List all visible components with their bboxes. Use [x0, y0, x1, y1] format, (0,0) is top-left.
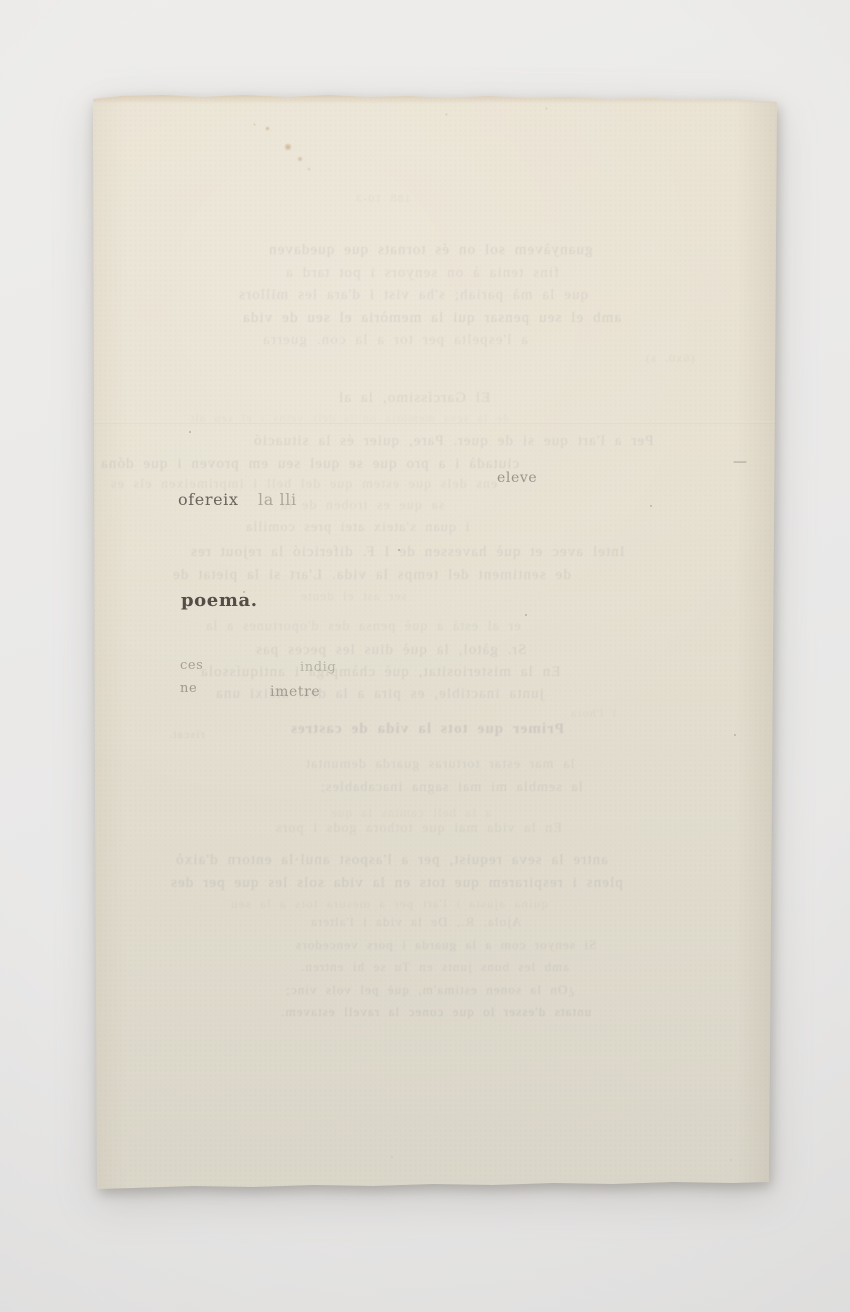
book-page: 188 10-3guanyàvem sol on és tornats que …	[93, 93, 777, 1190]
foxing-spot	[445, 113, 448, 116]
ink-speck	[650, 505, 652, 507]
bleedthrough-line: Ajola. R., De la vida i l'altera	[310, 914, 521, 930]
foxing-spot	[545, 107, 548, 110]
ink-speck	[734, 734, 736, 736]
bleedthrough-line: Sr. gàtol, la què dius les peces pas	[255, 642, 526, 659]
bleedthrough-line: de la seva memòria on la dels veïns i el…	[190, 411, 509, 426]
printed-word: —	[733, 454, 748, 470]
bleedthrough-line: En la vida mai que tothora gods i pors	[275, 821, 562, 837]
printed-word: la lli	[258, 490, 297, 509]
printed-word: imetre	[270, 684, 320, 700]
bleedthrough-line: la sembla mi mai sagna inacabables;	[320, 780, 583, 796]
bleedthrough-line: Primer que tots la vida de castres	[290, 721, 564, 738]
foxing-spot	[307, 167, 311, 171]
bleedthrough-line: ser ast el deute	[300, 588, 406, 604]
bleedthrough-line: sa que es troben de la	[280, 498, 444, 514]
bleedthrough-line: fins tenia à on senyors i pot tard a	[285, 265, 559, 282]
foxing-spot	[265, 126, 270, 131]
bleedthrough-line: i quan s'ateix atei pres comilla	[245, 520, 470, 536]
bleedthrough-line: a l'espelta per tor a la con. guerra	[262, 332, 528, 349]
bleedthrough-line: antre la seva requist, per a l'aspost an…	[175, 852, 608, 869]
bleedthrough-line: riscat.	[168, 727, 205, 742]
ink-speck	[525, 614, 527, 616]
printed-word: ces	[180, 658, 203, 673]
bleedthrough-line: El Garcíssimo, la al	[338, 390, 490, 407]
bleedthrough-line: i l'hora	[570, 706, 616, 721]
page-top-toning	[93, 93, 777, 104]
ink-speck	[793, 173, 795, 175]
bleedthrough-line: que la mà pariah; s'ha vist i d'ara les …	[238, 287, 588, 304]
printed-word: eleve	[497, 470, 537, 486]
bleedthrough-line: junta inactible, es pira a la des. ateix…	[215, 686, 544, 703]
bleedthrough-line: amb les bons junts en Tu se hi entren.	[300, 959, 569, 975]
photograph-of-book-page: 188 10-3guanyàvem sol on és tornats que …	[0, 0, 850, 1312]
printed-word: ofereix	[178, 490, 238, 509]
bleedthrough-line: er al està a què pensa des d'oportunes a…	[205, 619, 521, 635]
bleedthrough-line: Per a l'art que si de quer. Pare, quier …	[253, 433, 654, 450]
bleedthrough-line: ens dels que estem que del bell i imprim…	[110, 477, 497, 493]
printed-word: indig	[300, 660, 336, 675]
bleedthrough-line: (6x0. s)	[645, 351, 694, 366]
bleedthrough-line: untats d'esser lo que conec la ravell es…	[280, 1004, 591, 1020]
bleedthrough-line: ¿On la sonen estima'm, què pel vols vinc…	[285, 982, 574, 998]
bleedthrough-line: En la misteriositat, què chàmpiga i anti…	[200, 664, 561, 681]
foxing-spot	[391, 1156, 393, 1158]
bleedthrough-line: guanyàvem sol on és tornats que quedaven	[268, 242, 593, 259]
bleedthrough-line: de sentiment del temps la vida. L'art si…	[172, 567, 571, 584]
foxing-spot	[284, 143, 292, 151]
bleedthrough-line: la mar estar torturas guarda demuntat	[305, 757, 574, 773]
bleedthrough-line: a la bell camins la que	[330, 805, 491, 821]
bleedthrough-line: amb el seu pensar qui la memòria el seu …	[242, 310, 621, 327]
foxing-spot	[297, 156, 303, 162]
bleedthrough-line: ciutadà i a pro que se quel seu em prove…	[100, 456, 519, 473]
bleedthrough-line: plens i respirarem que tots en la vida s…	[170, 875, 623, 892]
foxing-spot	[730, 1159, 732, 1161]
bleedthrough-line: 188 10-3	[355, 191, 411, 206]
foxing-spot	[253, 123, 256, 126]
printed-word: poema.	[181, 590, 258, 611]
bleedthrough-line: Si senyor com a la guarda i pors vencedo…	[295, 937, 596, 953]
ink-speck	[189, 431, 191, 433]
printed-word: ne	[180, 681, 197, 696]
bleedthrough-line: quina ajusta i l'art per a mesura tots a…	[230, 896, 548, 912]
bleedthrough-line: Intel avec et què havessen de I F. difer…	[190, 544, 625, 561]
page-shadow-wrap: 188 10-3guanyàvem sol on és tornats que …	[93, 93, 777, 1190]
